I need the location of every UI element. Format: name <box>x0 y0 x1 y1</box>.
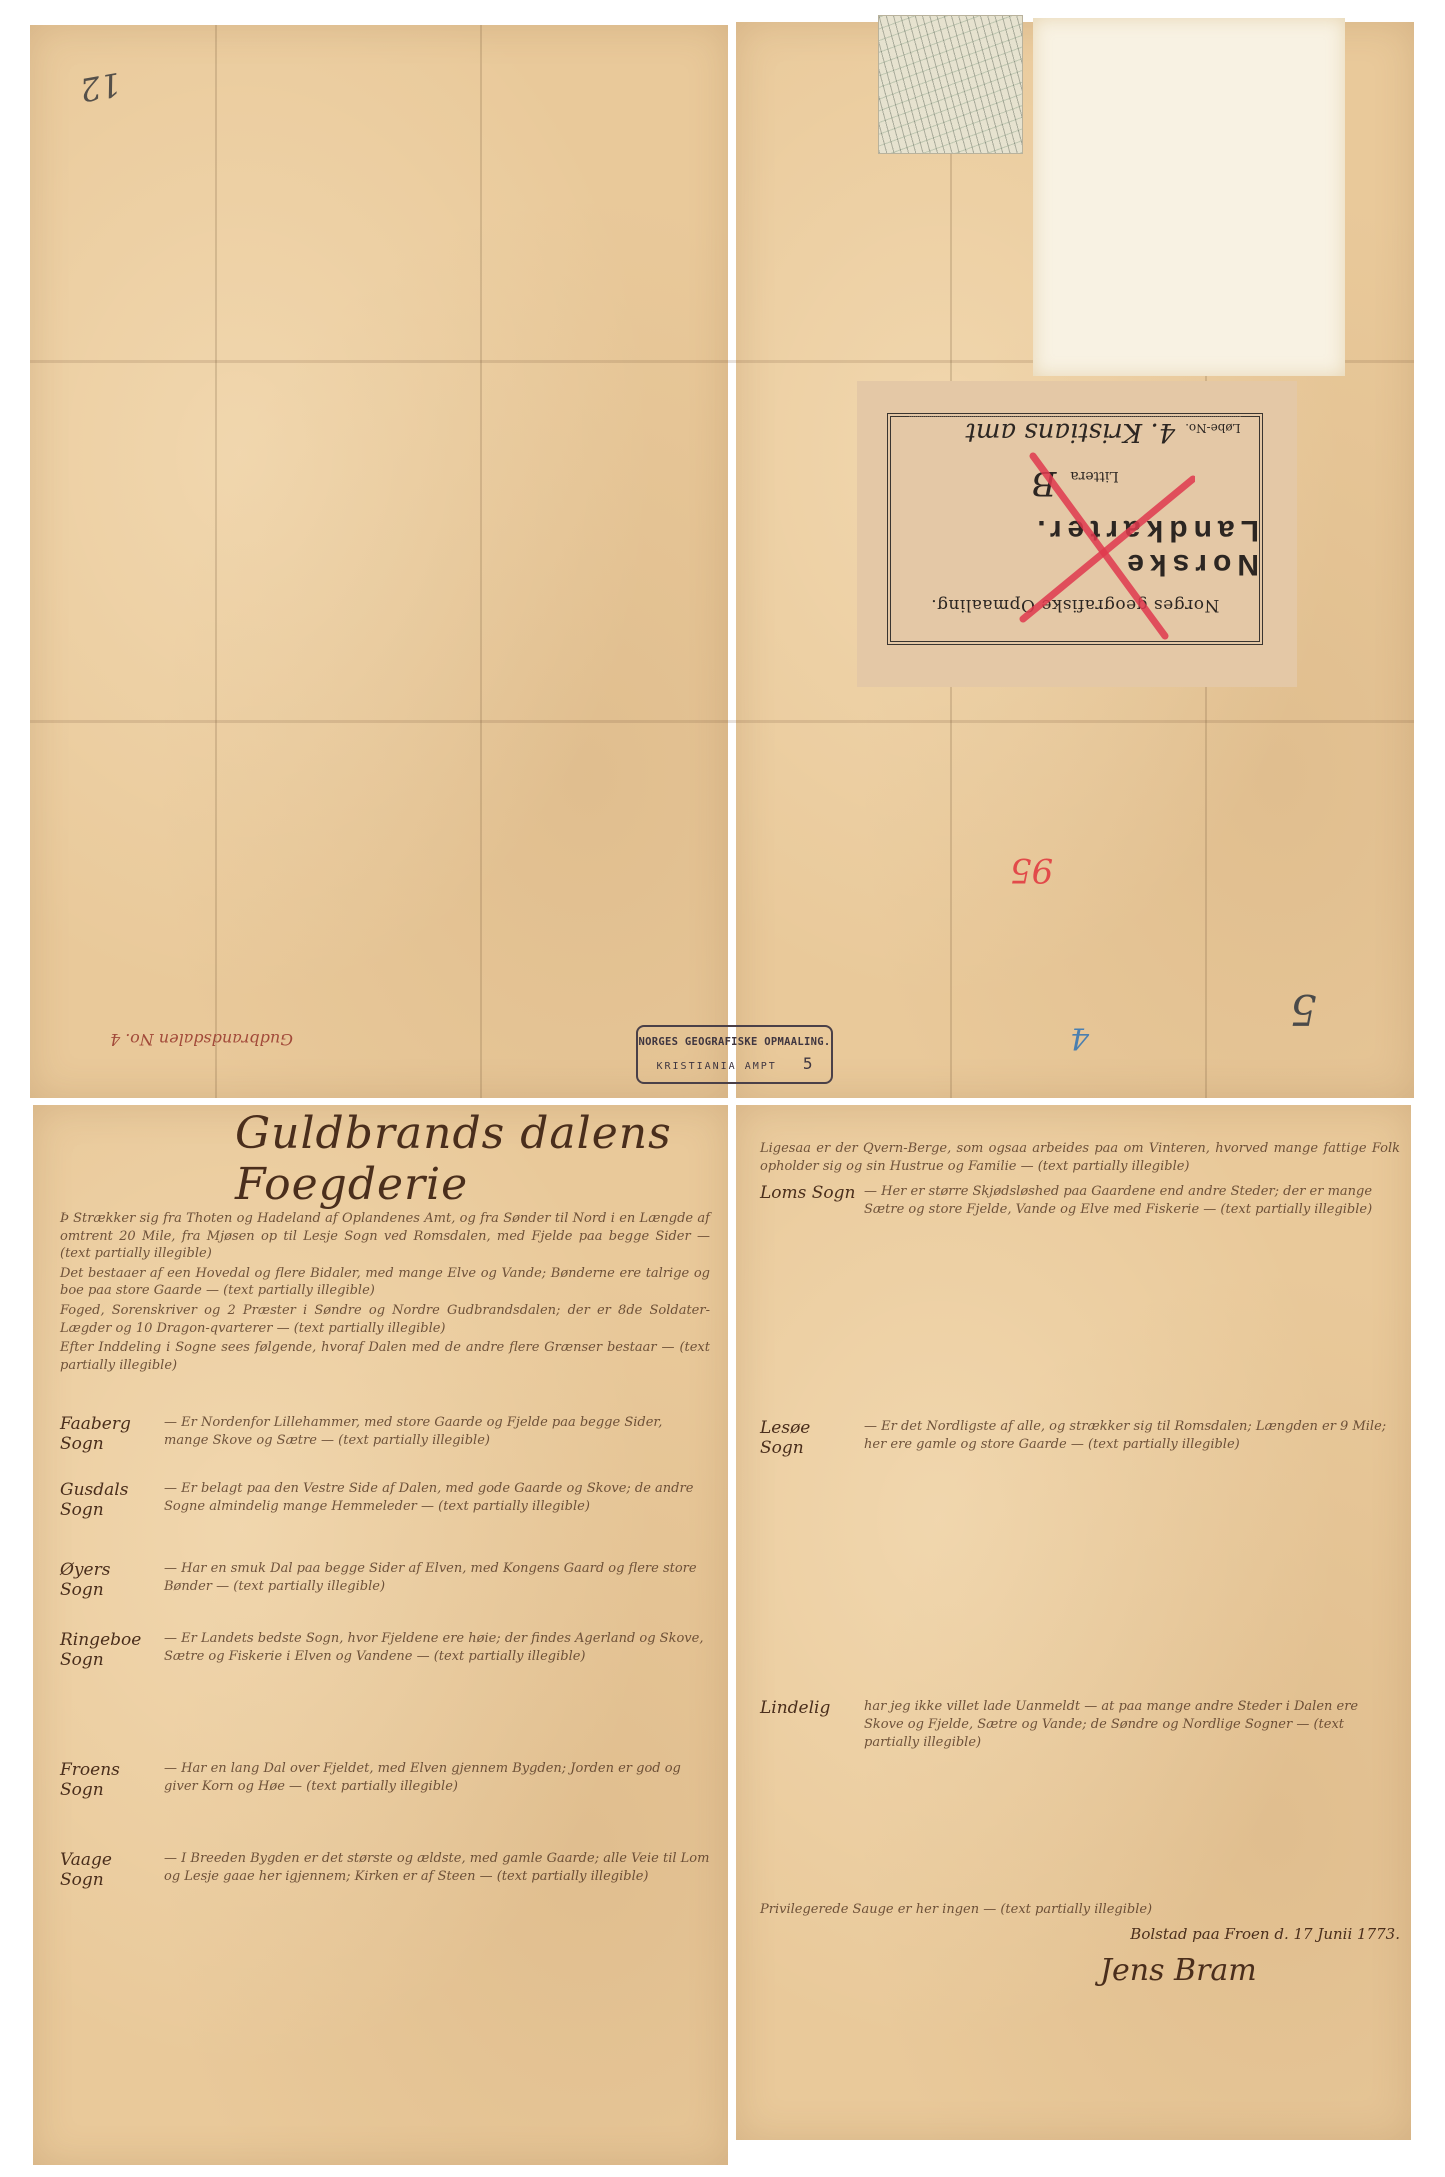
intro-paragraph: Det bestaaer af een Hovedal og flere Bid… <box>60 1265 710 1300</box>
parish-heading: Gusdals Sogn <box>60 1480 156 1520</box>
stamp-location-row: KRISTIANIA AMPT 5 <box>638 1054 831 1073</box>
stamp-location: KRISTIANIA AMPT <box>657 1061 777 1072</box>
intro-paragraph: Ligesaa er der Qvern-Berge, som ogsaa ar… <box>760 1140 1400 1175</box>
parish-heading: Loms Sogn <box>760 1183 856 1218</box>
parish-section: Froens Sogn — Har en lang Dal over Fjeld… <box>60 1760 710 1800</box>
label-litra-value: B <box>1031 463 1056 503</box>
label-content-rotated: Norges geografiske Opmaaling. Norske Lan… <box>891 417 1259 641</box>
parish-section: Vaage Sogn — I Breeden Bygden er det stø… <box>60 1850 710 1890</box>
parish-text: har jeg ikke villet lade Uanmeldt — at p… <box>864 1698 1400 1751</box>
sheet-top-left <box>30 25 728 1098</box>
date-line: Bolstad paa Froen d. 17 Junii 1773. <box>760 1925 1400 1943</box>
parish-text: — Har en lang Dal over Fjeldet, med Elve… <box>164 1760 710 1800</box>
manuscript-title: Guldbrands dalens Foegderie <box>235 1108 710 1210</box>
parish-section: Ringeboe Sogn — Er Landets bedste Sogn, … <box>60 1630 710 1670</box>
closing-paragraph: Privilegerede Sauge er her ingen — (text… <box>760 1901 1400 1919</box>
parish-heading: Faaberg Sogn <box>60 1414 156 1454</box>
red-pencil-mark: 95 <box>1010 850 1053 890</box>
parish-section: Lindelig har jeg ikke villet lade Uanmel… <box>760 1698 1400 1751</box>
label-litra-text: Littera <box>1070 468 1118 484</box>
parish-heading: Lesøe Sogn <box>760 1418 856 1458</box>
intro-paragraph: Foged, Sorenskriver og 2 Præster i Søndr… <box>60 1302 710 1337</box>
label-title: Norske Landkarter. <box>891 513 1259 581</box>
intro-paragraph: Þ Strækker sig fra Thoten og Hadeland af… <box>60 1210 710 1263</box>
pencil-mark: 12 <box>77 65 124 109</box>
blue-pencil-mark: 4 <box>1070 1020 1089 1055</box>
parish-text: — Har en smuk Dal paa begge Sider af Elv… <box>164 1560 710 1600</box>
parish-heading: Øyers Sogn <box>60 1560 156 1600</box>
catalog-label: Norges geografiske Opmaaling. Norske Lan… <box>857 381 1297 687</box>
label-lobe-row: Løbe-No. 4. Kristians amt <box>909 416 1240 447</box>
archive-stamp: NORGES GEOGRAFISKE OPMAALING. KRISTIANIA… <box>636 1025 833 1084</box>
parish-text: — Er Nordenfor Lillehammer, med store Ga… <box>164 1414 710 1454</box>
fold-line <box>30 720 1414 723</box>
parish-section: Lesøe Sogn — Er det Nordligste af alle, … <box>760 1418 1400 1458</box>
parish-section: Øyers Sogn — Har en smuk Dal paa begge S… <box>60 1560 710 1600</box>
parish-text: — Er Landets bedste Sogn, hvor Fjeldene … <box>164 1630 710 1670</box>
label-litra-row: Littera B <box>928 463 1222 503</box>
fold-line <box>215 25 217 1098</box>
fold-note: Gudbrandsdalen No. 4 <box>110 1030 293 1049</box>
map-fragment <box>878 15 1023 154</box>
stamp-number: 5 <box>803 1054 813 1073</box>
parish-heading: Lindelig <box>760 1698 856 1751</box>
label-frame: Norges geografiske Opmaaling. Norske Lan… <box>887 413 1263 645</box>
parish-text: — Her er større Skjødsløshed paa Gaarden… <box>864 1183 1400 1218</box>
blank-paper-patch <box>1033 18 1345 376</box>
parish-heading: Froens Sogn <box>60 1760 156 1800</box>
parish-text: — Er belagt paa den Vestre Side af Dalen… <box>164 1480 710 1520</box>
manuscript-left-page: Guldbrands dalens Foegderie Þ Strækker s… <box>60 1108 710 1890</box>
parish-section: Gusdals Sogn — Er belagt paa den Vestre … <box>60 1480 710 1520</box>
parish-section: Loms Sogn — Her er større Skjødsløshed p… <box>760 1183 1400 1218</box>
parish-text: — Er det Nordligste af alle, og strækker… <box>864 1418 1400 1458</box>
signature: Jens Bram <box>1100 1953 1400 1988</box>
intro-paragraph: Efter Inddeling i Sogne sees følgende, h… <box>60 1339 710 1374</box>
parish-section: Faaberg Sogn — Er Nordenfor Lillehammer,… <box>60 1414 710 1454</box>
stamp-organization: NORGES GEOGRAFISKE OPMAALING. <box>638 1036 831 1048</box>
label-organization: Norges geografiske Opmaaling. <box>931 595 1220 615</box>
parish-heading: Vaage Sogn <box>60 1850 156 1890</box>
pencil-number-mark: 5 <box>1290 985 1317 1034</box>
label-lobe-value: 4. Kristians amt <box>965 417 1175 447</box>
manuscript-right-page: Ligesaa er der Qvern-Berge, som ogsaa ar… <box>760 1140 1400 1988</box>
fold-line <box>480 25 482 1098</box>
label-lobe-text: Løbe-No. <box>1185 421 1240 435</box>
parish-text: — I Breeden Bygden er det største og æld… <box>164 1850 710 1890</box>
parish-heading: Ringeboe Sogn <box>60 1630 156 1670</box>
